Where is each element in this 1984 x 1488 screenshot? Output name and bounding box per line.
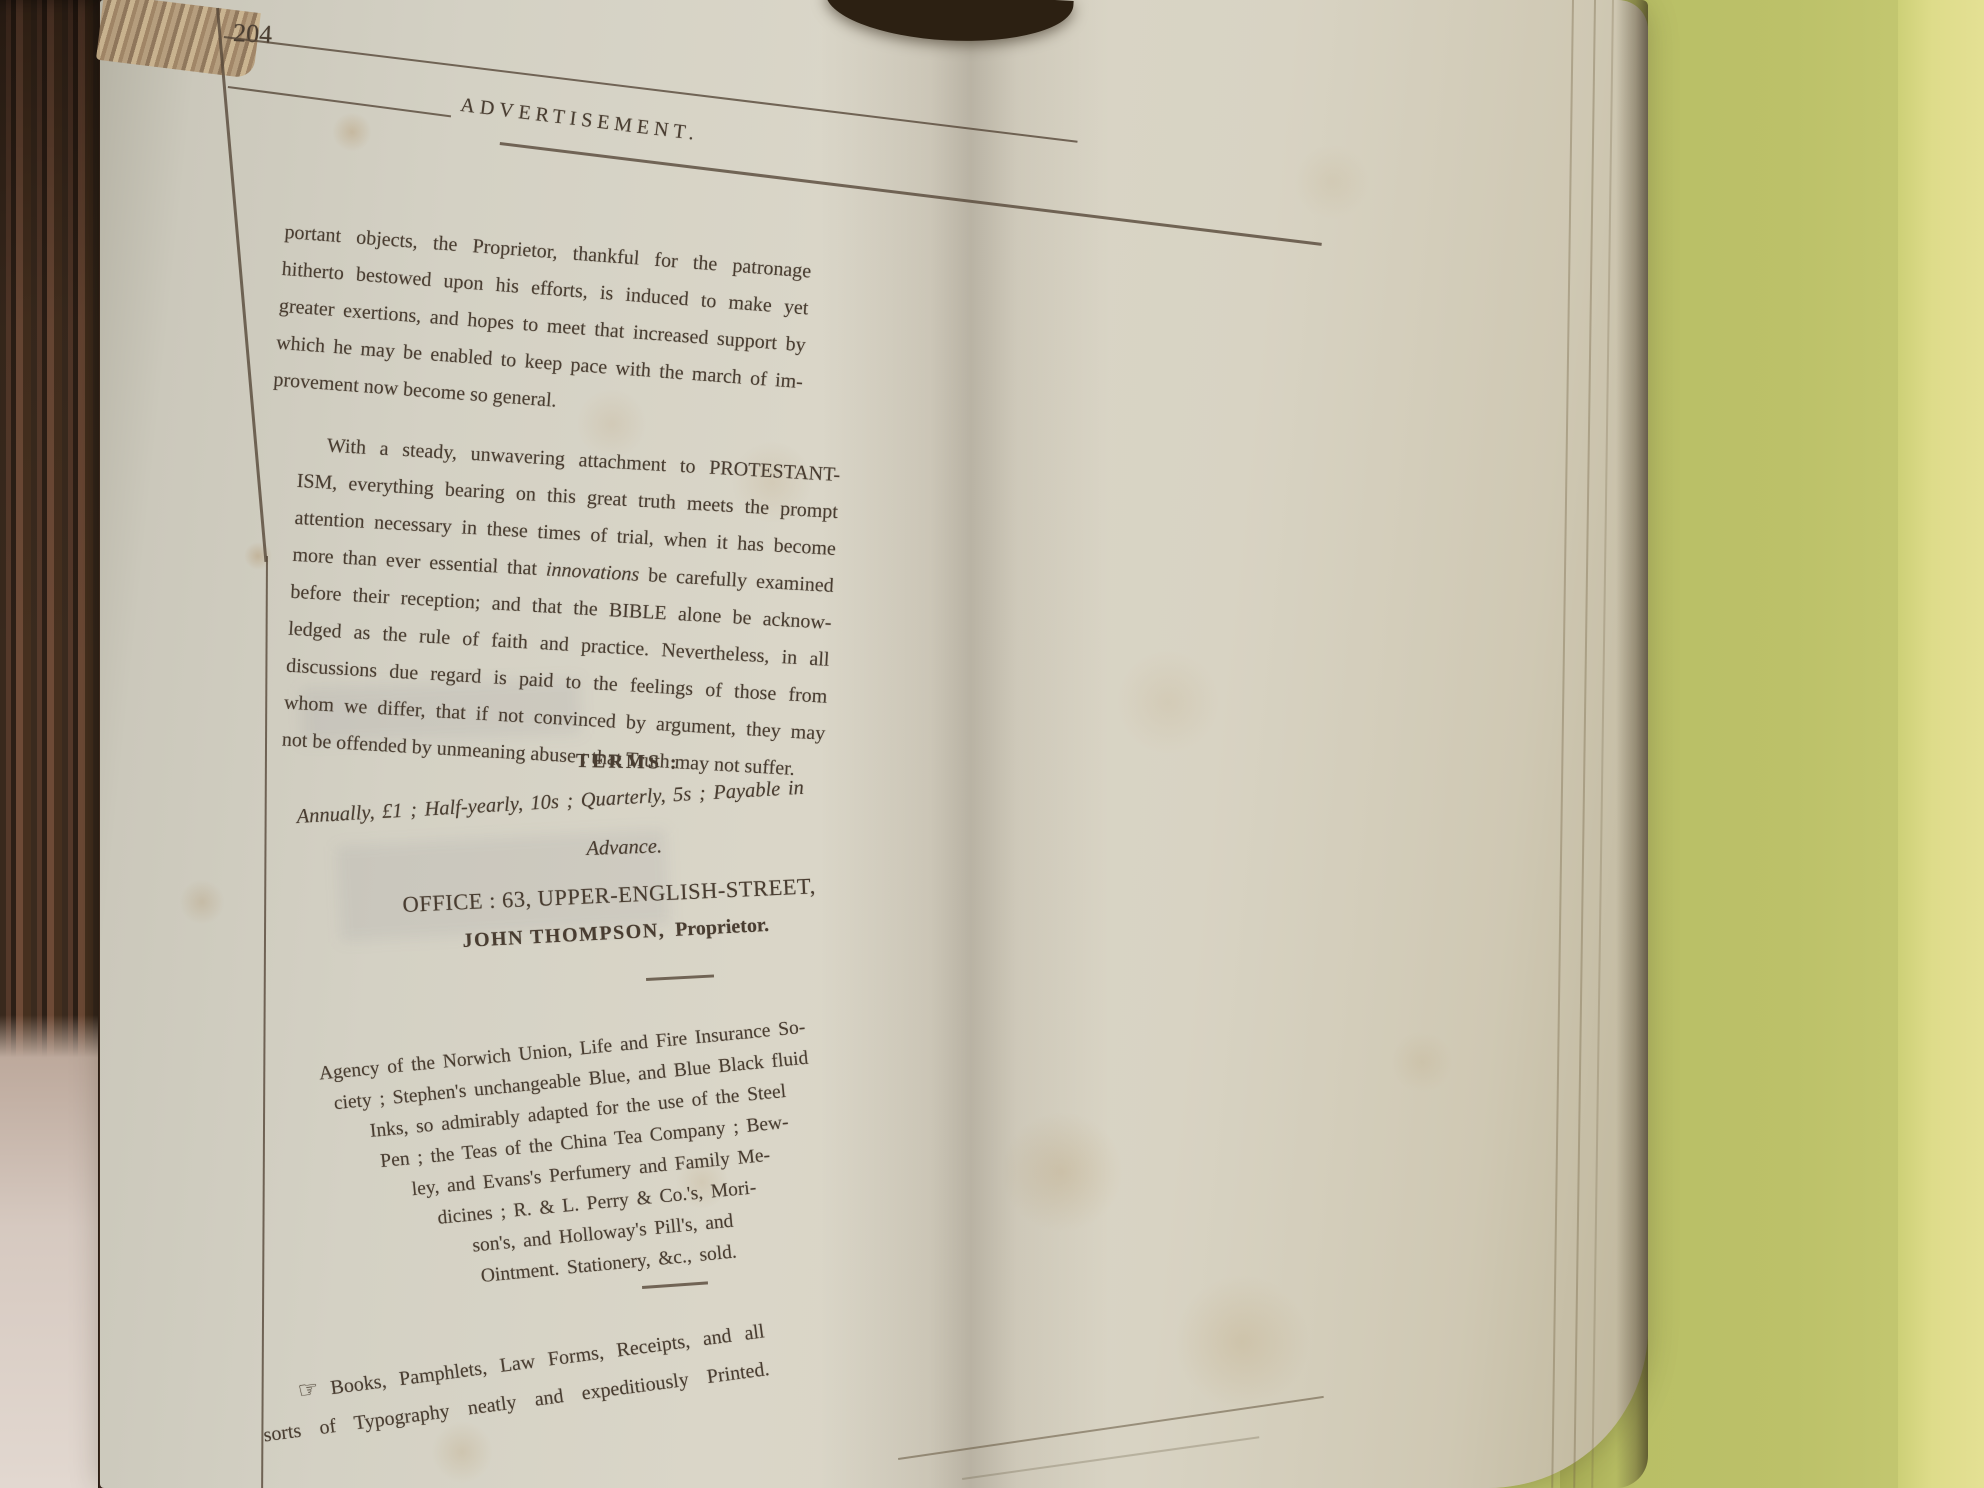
body-text-segment: more than ever essential that (292, 544, 547, 581)
page-block-rim (1616, 0, 1648, 1488)
terms-heading: TERMS : (576, 750, 680, 775)
manicule-icon: ☞ (296, 1376, 320, 1404)
endpaper-corner (0, 1015, 98, 1488)
page-gutter-shadow (820, 0, 1110, 1488)
terms-line-advance: Advance. (586, 835, 662, 861)
page-number: 204 (232, 18, 273, 50)
paragraph-1: portant objects, the Proprietor, thankfu… (272, 214, 812, 438)
paragraph-2: With a steady, unwavering attachment to … (281, 426, 841, 790)
background-light-strip (1898, 0, 1984, 1488)
body-text-italic-word: innovations (545, 558, 639, 585)
proprietor-title: Proprietor. (675, 914, 770, 941)
photo-of-open-book: { "book_page": { "page_number": "204", "… (0, 0, 1984, 1488)
body-text-segment: be carefully examined (639, 564, 835, 597)
